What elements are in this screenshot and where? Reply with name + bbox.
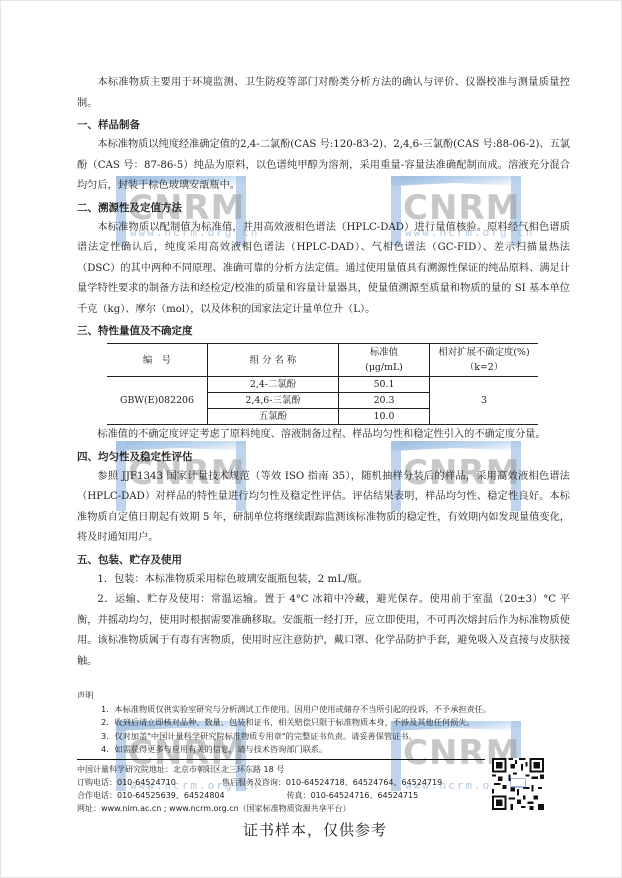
statement-title: 声明 bbox=[77, 689, 557, 703]
component-name: 五氯酚 bbox=[208, 409, 339, 425]
statement-list: 1．本标准物质仅供实验室研究与分析测试工作使用。因用户使用或储存不当所引起的投诉… bbox=[77, 703, 557, 757]
standard-value: 10.0 bbox=[339, 409, 430, 425]
order-phone: 订购电话：010-64524710 bbox=[77, 778, 176, 787]
section-heading-traceability: 二、溯源性及定值方法 bbox=[77, 199, 570, 218]
header-uncertainty: 相对扩展不确定度(%) （k=2） bbox=[430, 344, 539, 377]
uncertainty-value: 3 bbox=[430, 377, 539, 425]
statement-item: 2．收到后请立即核对品种、数量、包装和证书，相关赔偿只限于标准物质本身，不涉及其… bbox=[101, 716, 557, 730]
section-heading-packaging: 五、包装、贮存及使用 bbox=[77, 551, 570, 570]
footer-divider bbox=[77, 759, 485, 760]
statement-block: 声明 1．本标准物质仅供实验室研究与分析测试工作使用。因用户使用或储存不当所引起… bbox=[77, 689, 557, 757]
packaging-item: 1．包装：本标准物质采用棕色玻璃安瓿瓶包装，2 mL/瓶。 bbox=[77, 570, 570, 591]
service-phone: 售后服务及咨询：010-64524718、64524764、64524719 bbox=[222, 778, 442, 787]
section-heading-homogeneity: 四、均匀性及稳定性评估 bbox=[77, 448, 570, 467]
statement-item: 1．本标准物质仅供实验室研究与分析测试工作使用。因用户使用或储存不当所引起的投诉… bbox=[101, 703, 557, 717]
material-code: GBW(E)082206 bbox=[107, 377, 208, 425]
component-name: 2,4-二氯酚 bbox=[208, 377, 339, 393]
section-heading-property-values: 三、特性量值及不确定度 bbox=[77, 322, 570, 341]
standard-value: 20.3 bbox=[339, 393, 430, 409]
standard-value: 50.1 bbox=[339, 377, 430, 393]
homogeneity-paragraph: 参照 JJF1343 国家计量技术规范（等效 ISO 指南 35），随机抽样分装… bbox=[77, 467, 570, 549]
sample-prep-paragraph: 本标准物质以纯度经准确定值的2,4-二氯酚(CAS 号:120-83-2)、2,… bbox=[77, 135, 570, 197]
contact-info: 中国计量科学研究院地址：北京市朝阳区北三环东路 18 号 订购电话：010-64… bbox=[77, 763, 497, 815]
cooperation-phone: 合作电话：010-64525639、64524804 bbox=[77, 791, 225, 800]
header-component: 组 分 名 称 bbox=[208, 344, 339, 377]
uncertainty-paragraph: 标准值的不确定度评定考虑了原料纯度、溶液制备过程、样品均匀性和稳定性引入的不确定… bbox=[77, 425, 570, 446]
qr-code-icon bbox=[492, 758, 544, 810]
statement-item: 4．如需获得更多与应用有关的信息，请与技术咨询部门联系。 bbox=[101, 743, 557, 757]
header-standard-value: 标准值 (μg/mL) bbox=[339, 344, 430, 377]
statement-item: 3．仅对加盖"中国计量科学研究院标准物质专用章"的完整证书负责。请妥善保管证书。 bbox=[101, 730, 557, 744]
property-values-table: 编 号 组 分 名 称 标准值 (μg/mL) 相对扩展不确定度(%) （k=2… bbox=[107, 343, 538, 425]
section-heading-sample-prep: 一、样品制备 bbox=[77, 116, 570, 135]
intro-paragraph: 本标准物质主要用于环境监测、卫生防疫等部门对酚类分析方法的确认与评价、仪器校准与… bbox=[77, 73, 570, 114]
table-row: GBW(E)082206 2,4-二氯酚 50.1 3 bbox=[107, 377, 538, 393]
table-header-row: 编 号 组 分 名 称 标准值 (μg/mL) 相对扩展不确定度(%) （k=2… bbox=[107, 344, 538, 377]
traceability-paragraph: 本标准物质以配制值为标准值，并用高效液相色谱法（HPLC-DAD）进行量值核验。… bbox=[77, 218, 570, 321]
fax: 传真：010-64524716、64524715 bbox=[287, 791, 419, 800]
header-code: 编 号 bbox=[107, 344, 208, 377]
sample-note: 证书样本，仅供参考 bbox=[243, 819, 387, 840]
certificate-body: 本标准物质主要用于环境监测、卫生防疫等部门对酚类分析方法的确认与评价、仪器校准与… bbox=[77, 73, 570, 672]
certificate-page: CNRM www.ncrm.org.cn CNRM www.ncrm.org.c… bbox=[0, 0, 622, 878]
component-name: 2,4,6-三氯酚 bbox=[208, 393, 339, 409]
storage-usage-item: 2．运输、贮存及使用：常温运输。置于 4°C 冰箱中冷藏，避光保存。使用前于室温… bbox=[77, 590, 570, 672]
address: 中国计量科学研究院地址：北京市朝阳区北三环东路 18 号 bbox=[77, 763, 497, 776]
website-links[interactable]: 网址：www.nim.ac.cn ; www.ncrm.org.cn（国家标准物… bbox=[77, 802, 497, 815]
